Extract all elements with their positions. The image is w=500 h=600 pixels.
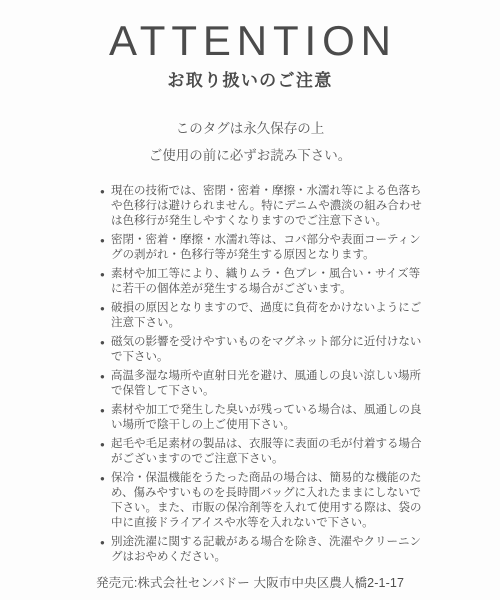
list-item: ● 密閉・密着・摩擦・水濡れ等は、コバ部分や表面コーティングの剥がれ・色移行等が… <box>100 233 424 263</box>
notice-text: 密閉・密着・摩擦・水濡れ等は、コバ部分や表面コーティングの剥がれ・色移行等が発生… <box>111 233 424 263</box>
notice-text: 素材や加工等により、織りムラ・色ブレ・風合い・サイズ等に若干の個体差が発生する場… <box>111 267 424 297</box>
list-item: ● 磁気の影響を受けやすいものをマグネット部分に近付けないで下さい。 <box>100 335 424 365</box>
bullet-dot-icon: ● <box>100 369 111 384</box>
bullet-dot-icon: ● <box>100 535 111 550</box>
page-subtitle: お取り扱いのご注意 <box>0 71 500 91</box>
bullet-dot-icon: ● <box>100 233 111 248</box>
bullet-dot-icon: ● <box>100 437 111 452</box>
bullet-dot-icon: ● <box>100 184 111 199</box>
notice-text: 別途洗濯に関する記載がある場合を除き、洗濯やクリーニングはおやめください。 <box>111 535 424 565</box>
list-item: ● 素材や加工等により、織りムラ・色ブレ・風合い・サイズ等に若干の個体差が発生す… <box>100 267 424 297</box>
intro-line-2: ご使用の前に必ずお読み下さい。 <box>0 142 500 169</box>
care-attention-tag: ATTENTION お取り扱いのご注意 このタグは永久保存の上 ご使用の前に必ず… <box>0 0 500 600</box>
bullet-dot-icon: ● <box>100 403 111 418</box>
bullet-dot-icon: ● <box>100 267 111 282</box>
list-item: ● 破損の原因となりますので、過度に負荷をかけないようにご注意下さい。 <box>100 301 424 331</box>
list-item: ● 高温多湿な場所や直射日光を避け、風通しの良い涼しい場所で保管して下さい。 <box>100 369 424 399</box>
notice-text: 起毛や毛足素材の製品は、衣服等に表面の毛が付着する場合がございますのでご注意下さ… <box>111 437 424 467</box>
list-item: ● 現在の技術では、密閉・密着・摩擦・水濡れ等による色落ちや色移行は避けられませ… <box>100 184 424 229</box>
list-item: ● 起毛や毛足素材の製品は、衣服等に表面の毛が付着する場合がございますのでご注意… <box>100 437 424 467</box>
bullet-dot-icon: ● <box>100 335 111 350</box>
intro-line-1: このタグは永久保存の上 <box>0 115 500 142</box>
list-item: ● 素材や加工で発生した臭いが残っている場合は、風通しの良い場所で陰干しの上ご使… <box>100 403 424 433</box>
notice-text: 磁気の影響を受けやすいものをマグネット部分に近付けないで下さい。 <box>111 335 424 365</box>
notice-text: 高温多湿な場所や直射日光を避け、風通しの良い涼しい場所で保管して下さい。 <box>111 369 424 399</box>
bullet-dot-icon: ● <box>100 301 111 316</box>
notice-text: 破損の原因となりますので、過度に負荷をかけないようにご注意下さい。 <box>111 301 424 331</box>
list-item: ● 保冷・保温機能をうたった商品の場合は、簡易的な機能のため、傷みやすいものを長… <box>100 471 424 531</box>
notice-text: 素材や加工で発生した臭いが残っている場合は、風通しの良い場所で陰干しの上ご使用下… <box>111 403 424 433</box>
intro-text: このタグは永久保存の上 ご使用の前に必ずお読み下さい。 <box>0 115 500 169</box>
bullet-dot-icon: ● <box>100 471 111 486</box>
page-title: ATTENTION <box>0 0 500 62</box>
notice-list: ● 現在の技術では、密閉・密着・摩擦・水濡れ等による色落ちや色移行は避けられませ… <box>0 184 500 565</box>
notice-text: 保冷・保温機能をうたった商品の場合は、簡易的な機能のため、傷みやすいものを長時間… <box>111 471 424 531</box>
notice-text: 現在の技術では、密閉・密着・摩擦・水濡れ等による色落ちや色移行は避けられません。… <box>111 184 424 229</box>
list-item: ● 別途洗濯に関する記載がある場合を除き、洗濯やクリーニングはおやめください。 <box>100 535 424 565</box>
distributor-info: 発売元:株式会社センバドー 大阪市中央区農人橋2-1-17 <box>0 576 500 591</box>
